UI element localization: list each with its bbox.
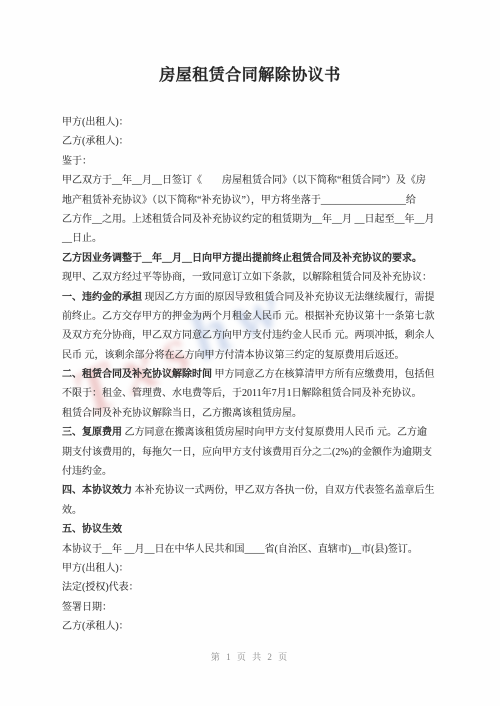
text-segment: 现甲、乙双方经过平等协商，一致同意订立如下条款，以解除租赁合同及补充协议： bbox=[62, 272, 432, 283]
document-line: 民币 元，该剩余部分将在乙方向甲方付清本协议第三约定的复原费用后返还。 bbox=[62, 346, 444, 365]
text-segment: 前终止。乙方交存甲方的押金为两个月租金人民币 元。根据补充协议第十一条第七款 bbox=[62, 311, 435, 322]
text-segment: 及双方充分协商，甲乙双方同意乙方向甲方支付违约金人民币 元。两项冲抵，剩余人 bbox=[62, 330, 435, 341]
document-line: 签署日期： bbox=[62, 598, 444, 617]
text-segment: 三、复原费用 bbox=[62, 427, 122, 438]
text-segment: 不限于：租金、管理费、水电费等后，于2011年7月1日解除租赁合同及补充协议。 bbox=[62, 388, 422, 399]
text-segment: 甲方(出租人)： bbox=[62, 117, 129, 128]
document-body: 甲方(出租人)：乙方(承租人)：鉴于：甲乙双方于__年__月__日签订《 房屋租… bbox=[0, 113, 500, 637]
text-segment: 本补充协议一式两份，甲乙双方各执一份，自双方代表签名盖章后生 bbox=[132, 485, 435, 496]
text-segment: 租赁合同及补充协议解除当日，乙方搬离该租赁房屋。 bbox=[62, 408, 302, 419]
text-segment: 甲方(出租人)： bbox=[62, 563, 129, 574]
document-line: 现甲、乙双方经过平等协商，一致同意订立如下条款，以解除租赁合同及补充协议： bbox=[62, 268, 444, 287]
text-segment: 甲乙双方于__年__月__日签订《 房屋租赁合同》（以下简称“租赁合同”）及《房 bbox=[62, 175, 426, 186]
text-segment: 甲方同意乙方在核算清甲方所有应缴费用，包括但 bbox=[212, 369, 435, 380]
document-line: 三、复原费用 乙方同意在搬离该租赁房屋时向甲方支付复原费用人民币 元。乙方逾 bbox=[62, 423, 444, 442]
text-segment: 四、本协议效力 bbox=[62, 485, 132, 496]
document-line: 甲乙双方于__年__月__日签订《 房屋租赁合同》（以下简称“租赁合同”）及《房 bbox=[62, 171, 444, 190]
document-line: 鉴于： bbox=[62, 152, 444, 171]
text-segment: 签署日期： bbox=[62, 602, 112, 613]
text-segment: 鉴于： bbox=[62, 156, 92, 167]
text-segment: 现因乙方方面的原因导致租赁合同及补充协议无法继续履行，需提 bbox=[142, 292, 435, 303]
document-page: Txshw 房屋租赁合同解除协议书 甲方(出租人)：乙方(承租人)：鉴于：甲乙双… bbox=[0, 0, 500, 706]
text-segment: 五、协议生效 bbox=[62, 524, 122, 535]
text-segment: 乙方(承租人)： bbox=[62, 621, 129, 632]
document-line: 乙方因业务调整于__年__月__日向甲方提出提前终止租赁合同及补充协议的要求。 bbox=[62, 249, 444, 268]
document-line: 甲方(出租人)： bbox=[62, 113, 444, 132]
document-line: 法定(授权)代表： bbox=[62, 578, 444, 597]
text-segment: 期支付该费用的，每拖欠一日，应向甲方支付该费用百分之二(2%)的金额作为逾期支 bbox=[62, 447, 432, 458]
text-segment: 乙方(承租人)： bbox=[62, 136, 129, 147]
text-segment: 民币 元，该剩余部分将在乙方向甲方付清本协议第三约定的复原费用后返还。 bbox=[62, 350, 405, 361]
text-segment: 地产租赁补充协议》（以下简称“补充协议”），甲方将坐落于____________… bbox=[62, 195, 416, 206]
document-line: 效。 bbox=[62, 501, 444, 520]
text-segment: 二、租赁合同及补充协议解除时间 bbox=[62, 369, 212, 380]
text-segment: 乙方同意在搬离该租赁房屋时向甲方支付复原费用人民币 元。乙方逾 bbox=[122, 427, 427, 438]
text-segment: 一、违约金的承担 bbox=[62, 292, 142, 303]
document-line: 乙方(承租人)： bbox=[62, 617, 444, 636]
text-segment: 付违约金。 bbox=[62, 466, 112, 477]
text-segment: 法定(授权)代表： bbox=[62, 582, 139, 593]
text-segment: 效。 bbox=[62, 505, 82, 516]
page-number: 第 1 页 共 2 页 bbox=[0, 650, 500, 663]
document-line: 期支付该费用的，每拖欠一日，应向甲方支付该费用百分之二(2%)的金额作为逾期支 bbox=[62, 443, 444, 462]
page-title: 房屋租赁合同解除协议书 bbox=[0, 0, 500, 85]
text-segment: 本协议于__年 __月__日在中华人民共和国____省(自治区、直辖市)__市(… bbox=[62, 544, 418, 555]
document-line: 四、本协议效力 本补充协议一式两份，甲乙双方各执一份，自双方代表签名盖章后生 bbox=[62, 481, 444, 500]
document-line: 及双方充分协商，甲乙双方同意乙方向甲方支付违约金人民币 元。两项冲抵，剩余人 bbox=[62, 326, 444, 345]
text-segment: __日止。 bbox=[62, 233, 102, 244]
document-line: __日止。 bbox=[62, 229, 444, 248]
document-line: 乙方作__之用。上述租赁合同及补充协议约定的租赁期为__年__月 __日起至__… bbox=[62, 210, 444, 229]
document-line: 五、协议生效 bbox=[62, 520, 444, 539]
document-line: 乙方(承租人)： bbox=[62, 132, 444, 151]
text-segment: 乙方作__之用。上述租赁合同及补充协议约定的租赁期为__年__月 __日起至__… bbox=[62, 214, 435, 225]
document-line: 付违约金。 bbox=[62, 462, 444, 481]
document-line: 地产租赁补充协议》（以下简称“补充协议”），甲方将坐落于____________… bbox=[62, 191, 444, 210]
document-line: 甲方(出租人)： bbox=[62, 559, 444, 578]
document-line: 本协议于__年 __月__日在中华人民共和国____省(自治区、直辖市)__市(… bbox=[62, 540, 444, 559]
document-line: 一、违约金的承担 现因乙方方面的原因导致租赁合同及补充协议无法继续履行，需提 bbox=[62, 288, 444, 307]
text-segment: 乙方因业务调整于__年__月__日向甲方提出提前终止租赁合同及补充协议的要求。 bbox=[62, 253, 422, 264]
document-line: 二、租赁合同及补充协议解除时间 甲方同意乙方在核算清甲方所有应缴费用，包括但 bbox=[62, 365, 444, 384]
document-line: 前终止。乙方交存甲方的押金为两个月租金人民币 元。根据补充协议第十一条第七款 bbox=[62, 307, 444, 326]
document-line: 不限于：租金、管理费、水电费等后，于2011年7月1日解除租赁合同及补充协议。 bbox=[62, 384, 444, 403]
document-line: 租赁合同及补充协议解除当日，乙方搬离该租赁房屋。 bbox=[62, 404, 444, 423]
